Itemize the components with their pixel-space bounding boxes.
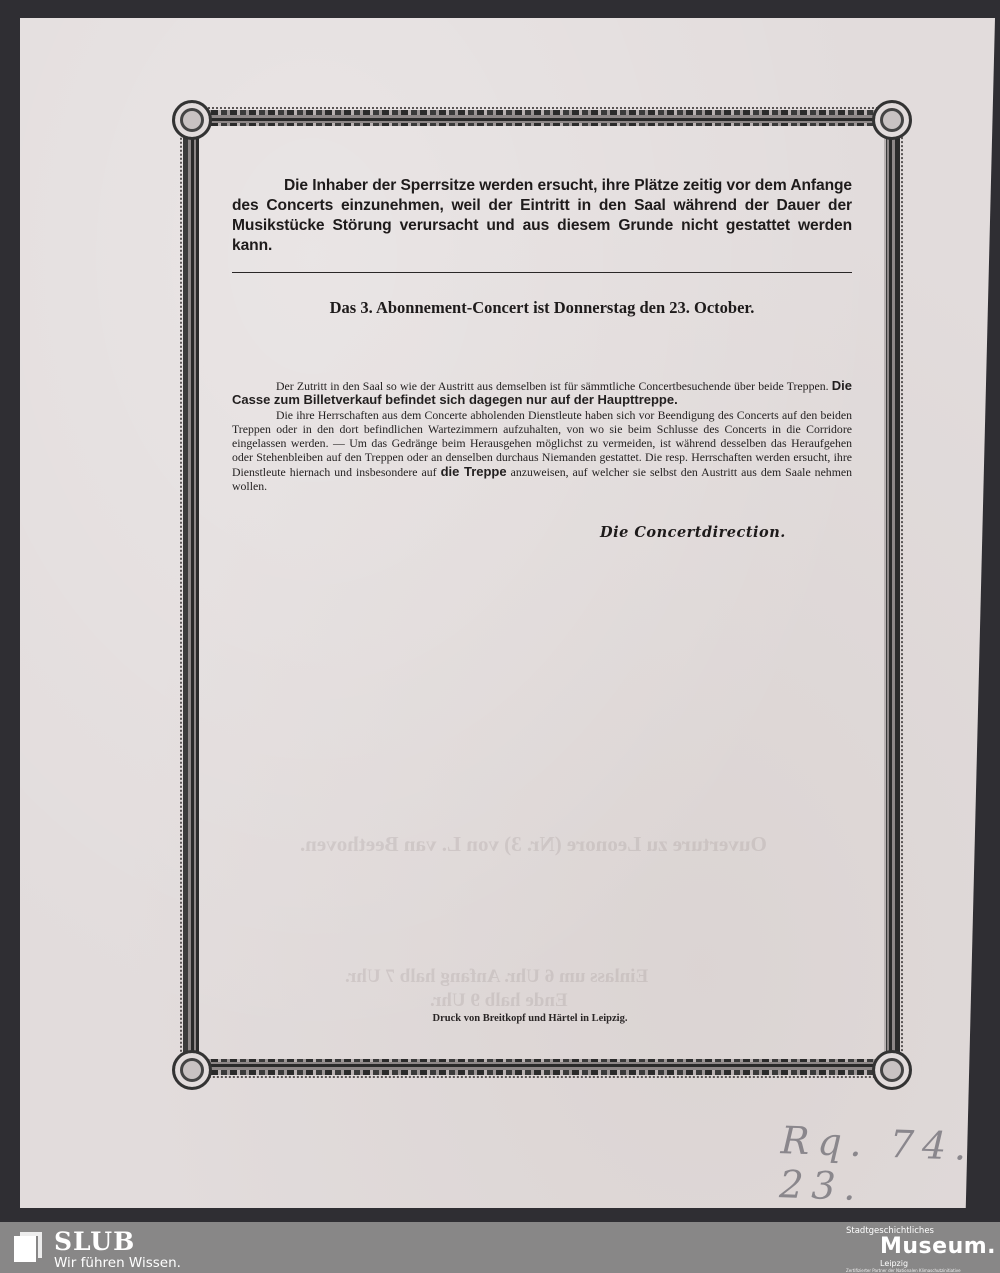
museum-city: Leipzig	[880, 1259, 908, 1268]
frame-corner-ornament	[172, 100, 212, 140]
museum-logo[interactable]: Stadtgeschichtliches Museum. Leipzig Zer…	[838, 1226, 988, 1273]
slub-logo-text[interactable]: SLUB	[54, 1227, 135, 1256]
concert-direction-signature: Die Concertdirection.	[600, 524, 786, 541]
notice-text: Die Inhaber der Sperrsitze werden ersuch…	[232, 177, 852, 254]
rules-emphasis: die Treppe	[441, 464, 507, 479]
footer-bar: SLUB Wir führen Wissen. Stadtgeschichtli…	[0, 1222, 1000, 1273]
slub-book-icon[interactable]	[14, 1232, 42, 1262]
rules-paragraph-2: Die ihre Herrschaften aus dem Concerte a…	[232, 408, 852, 494]
rules-paragraph-1: Der Zutritt in den Saal so wie der Austr…	[232, 379, 852, 408]
hall-access-rules: Der Zutritt in den Saal so wie der Austr…	[232, 379, 852, 493]
frame-corner-ornament	[872, 100, 912, 140]
frame-corner-ornament	[172, 1050, 212, 1090]
frame-corner-ornament	[872, 1050, 912, 1090]
next-concert-announcement: Das 3. Abonnement-Concert ist Donnerstag…	[232, 298, 852, 318]
seat-holders-notice: Die Inhaber der Sperrsitze werden ersuch…	[232, 176, 852, 256]
handwritten-shelfmark: Rq. 74. 23.	[779, 1118, 1000, 1214]
divider-rule	[232, 272, 852, 273]
rules-text: Der Zutritt in den Saal so wie der Austr…	[276, 379, 829, 393]
museum-name: Museum.	[880, 1234, 996, 1259]
museum-certification: Zertifizierter Partner der Nationalen Kl…	[846, 1268, 961, 1273]
printer-imprint: Druck von Breitkopf und Härtel in Leipzi…	[380, 1013, 680, 1024]
slub-tagline: Wir führen Wissen.	[54, 1255, 181, 1271]
